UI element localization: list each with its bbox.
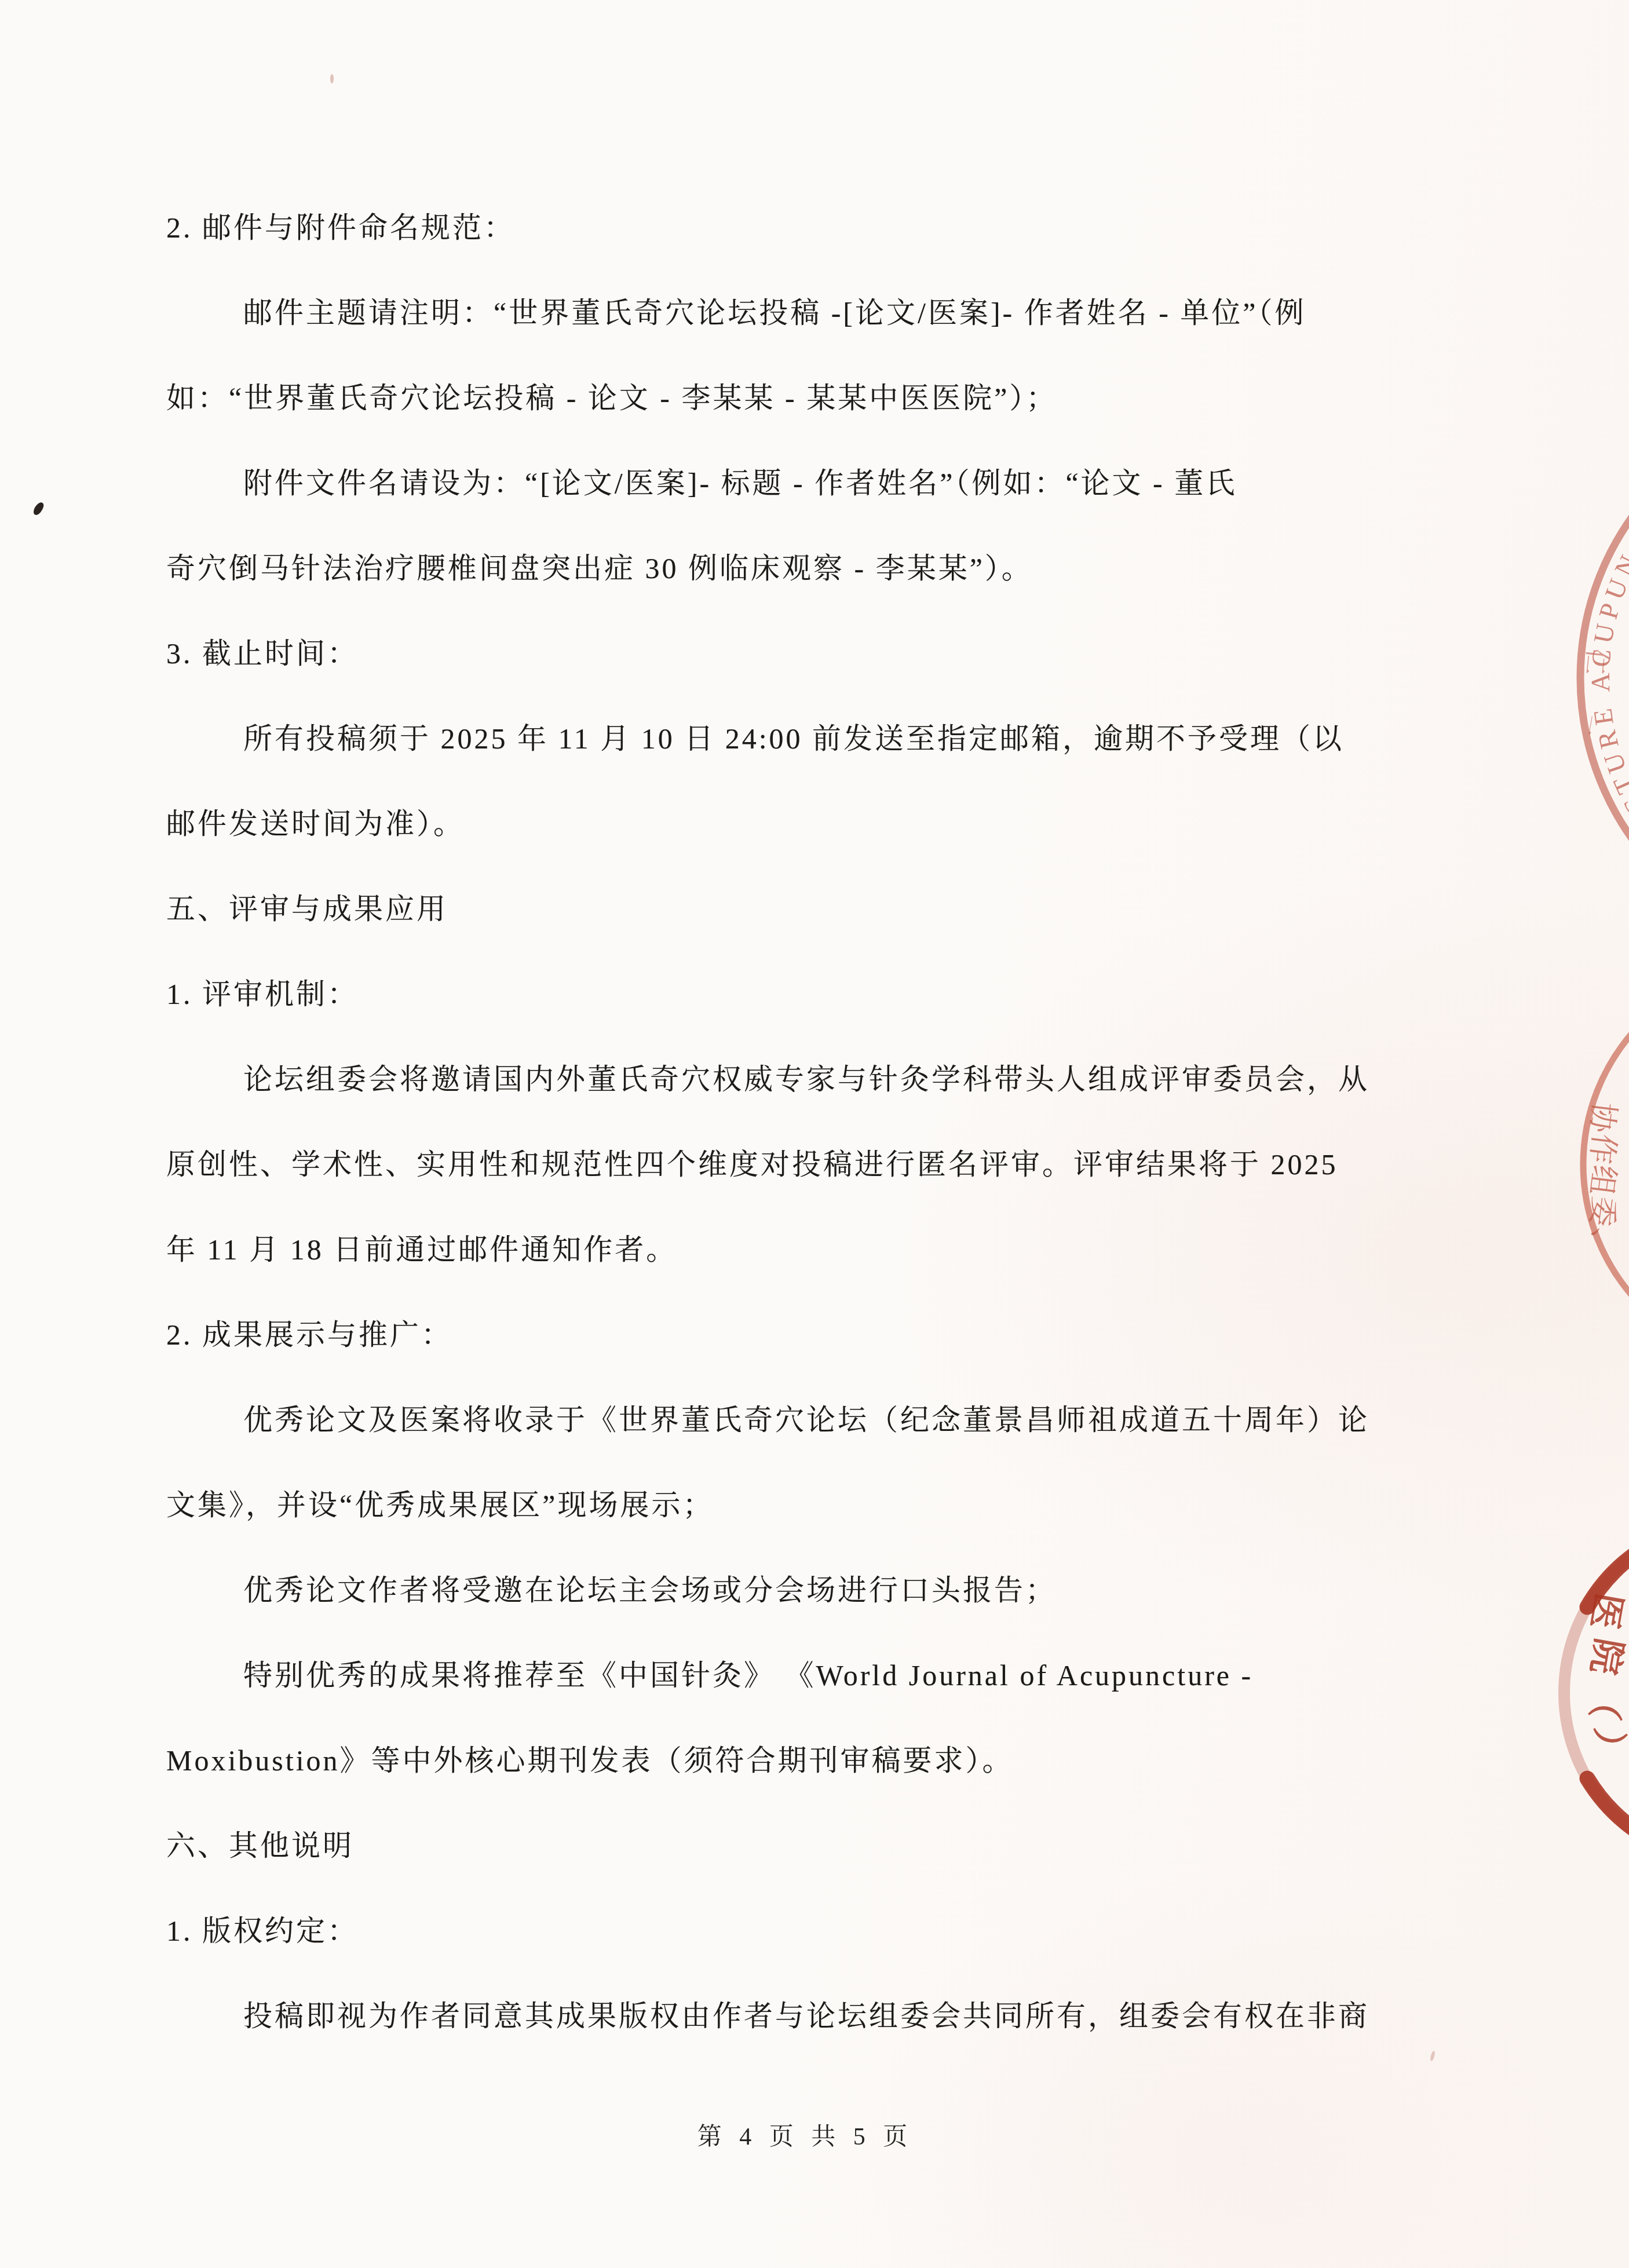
text-line: 投稿即视为作者同意其成果版权由作者与论坛组委会共同所有，组委会有权在非商	[166, 1974, 1559, 2059]
text-line: 1. 评审机制：	[166, 952, 1559, 1037]
committee-stamp-characters: 协作组委、	[1583, 1102, 1621, 1258]
text-line: 2. 成果展示与推广：	[166, 1292, 1559, 1378]
page-number-footer: 第 4 页 共 5 页	[0, 2117, 1610, 2152]
stamp-arc-text: ACUPUNCTURE ACUPUNCTURE ACU	[1586, 487, 1629, 846]
stamp-inner-dash: 一	[1576, 713, 1602, 737]
text-line: 所有投稿须于 2025 年 11 月 10 日 24:00 前发送至指定邮箱，逾…	[166, 696, 1559, 781]
stamp-character: 院	[1580, 1632, 1629, 1681]
text-line: 邮件主题请注明：“世界董氏奇穴论坛投稿 -[论文/医案]- 作者姓名 - 单位”…	[166, 271, 1559, 356]
scanned-document-page: 2. 邮件与附件命名规范：邮件主题请注明：“世界董氏奇穴论坛投稿 -[论文/医案…	[0, 0, 1629, 2268]
stamp-character: 协	[1584, 1097, 1620, 1138]
text-line: 年 11 月 18 日前通过邮件通知作者。	[166, 1207, 1559, 1292]
text-line: 特别优秀的成果将推荐至《中国针灸》 《World Journal of Acup…	[166, 1633, 1559, 1718]
paper-fiber-speck	[330, 74, 334, 83]
text-line: 五、评审与成果应用	[166, 867, 1559, 952]
text-line: 优秀论文及医案将收录于《世界董氏奇穴论坛（纪念董景昌师祖成道五十周年）论	[166, 1378, 1559, 1463]
stamp-character: ）	[1580, 1722, 1629, 1771]
stamp-character: 作	[1584, 1128, 1620, 1170]
stamp-character: 、	[1584, 1222, 1620, 1263]
text-line: 1. 版权约定：	[166, 1889, 1559, 1974]
text-line: 文集》，并设“优秀成果展区”现场展示；	[166, 1463, 1559, 1548]
svg-text:ACUPUNCTURE ACUPUNCTURE ACU: ACUPUNCTURE ACUPUNCTURE ACU	[1586, 487, 1629, 846]
stamp-character: 医	[1580, 1587, 1629, 1635]
text-line: 论坛组委会将邀请国内外董氏奇穴权威专家与针灸学科带头人组成评审委员会，从	[166, 1037, 1559, 1122]
document-lines: 2. 邮件与附件命名规范：邮件主题请注明：“世界董氏奇穴论坛投稿 -[论文/医案…	[166, 185, 1559, 2059]
stamp-character: （	[1580, 1677, 1629, 1726]
ink-speck	[32, 501, 45, 516]
text-line: 六、其他说明	[166, 1803, 1559, 1889]
text-line: 邮件发送时间为准）。	[166, 781, 1559, 867]
stamp-character: 组	[1584, 1159, 1620, 1201]
stamp-character: 委	[1584, 1190, 1620, 1232]
text-line: 如：“世界董氏奇穴论坛投稿 - 论文 - 李某某 - 某某中医医院”）；	[166, 356, 1559, 441]
hospital-stamp-characters: 医院（）	[1585, 1588, 1627, 1769]
text-line: 2. 邮件与附件命名规范：	[166, 185, 1559, 271]
text-line: 附件文件名请设为：“[论文/医案]- 标题 - 作者姓名”（例如：“论文 - 董…	[166, 441, 1559, 526]
text-line: 优秀论文作者将受邀在论坛主会场或分会场进行口头报告；	[166, 1548, 1559, 1633]
text-line: 原创性、学术性、实用性和规范性四个维度对投稿进行匿名评审。评审结果将于 2025	[166, 1122, 1559, 1207]
text-line: Moxibustion》等中外核心期刊发表（须符合期刊审稿要求）。	[166, 1718, 1559, 1803]
text-line: 奇穴倒马针法治疗腰椎间盘突出症 30 例临床观察 - 李某某”）。	[166, 526, 1559, 611]
text-line: 3. 截止时间：	[166, 611, 1559, 696]
stamp-inner-character: 仁	[1580, 647, 1612, 677]
